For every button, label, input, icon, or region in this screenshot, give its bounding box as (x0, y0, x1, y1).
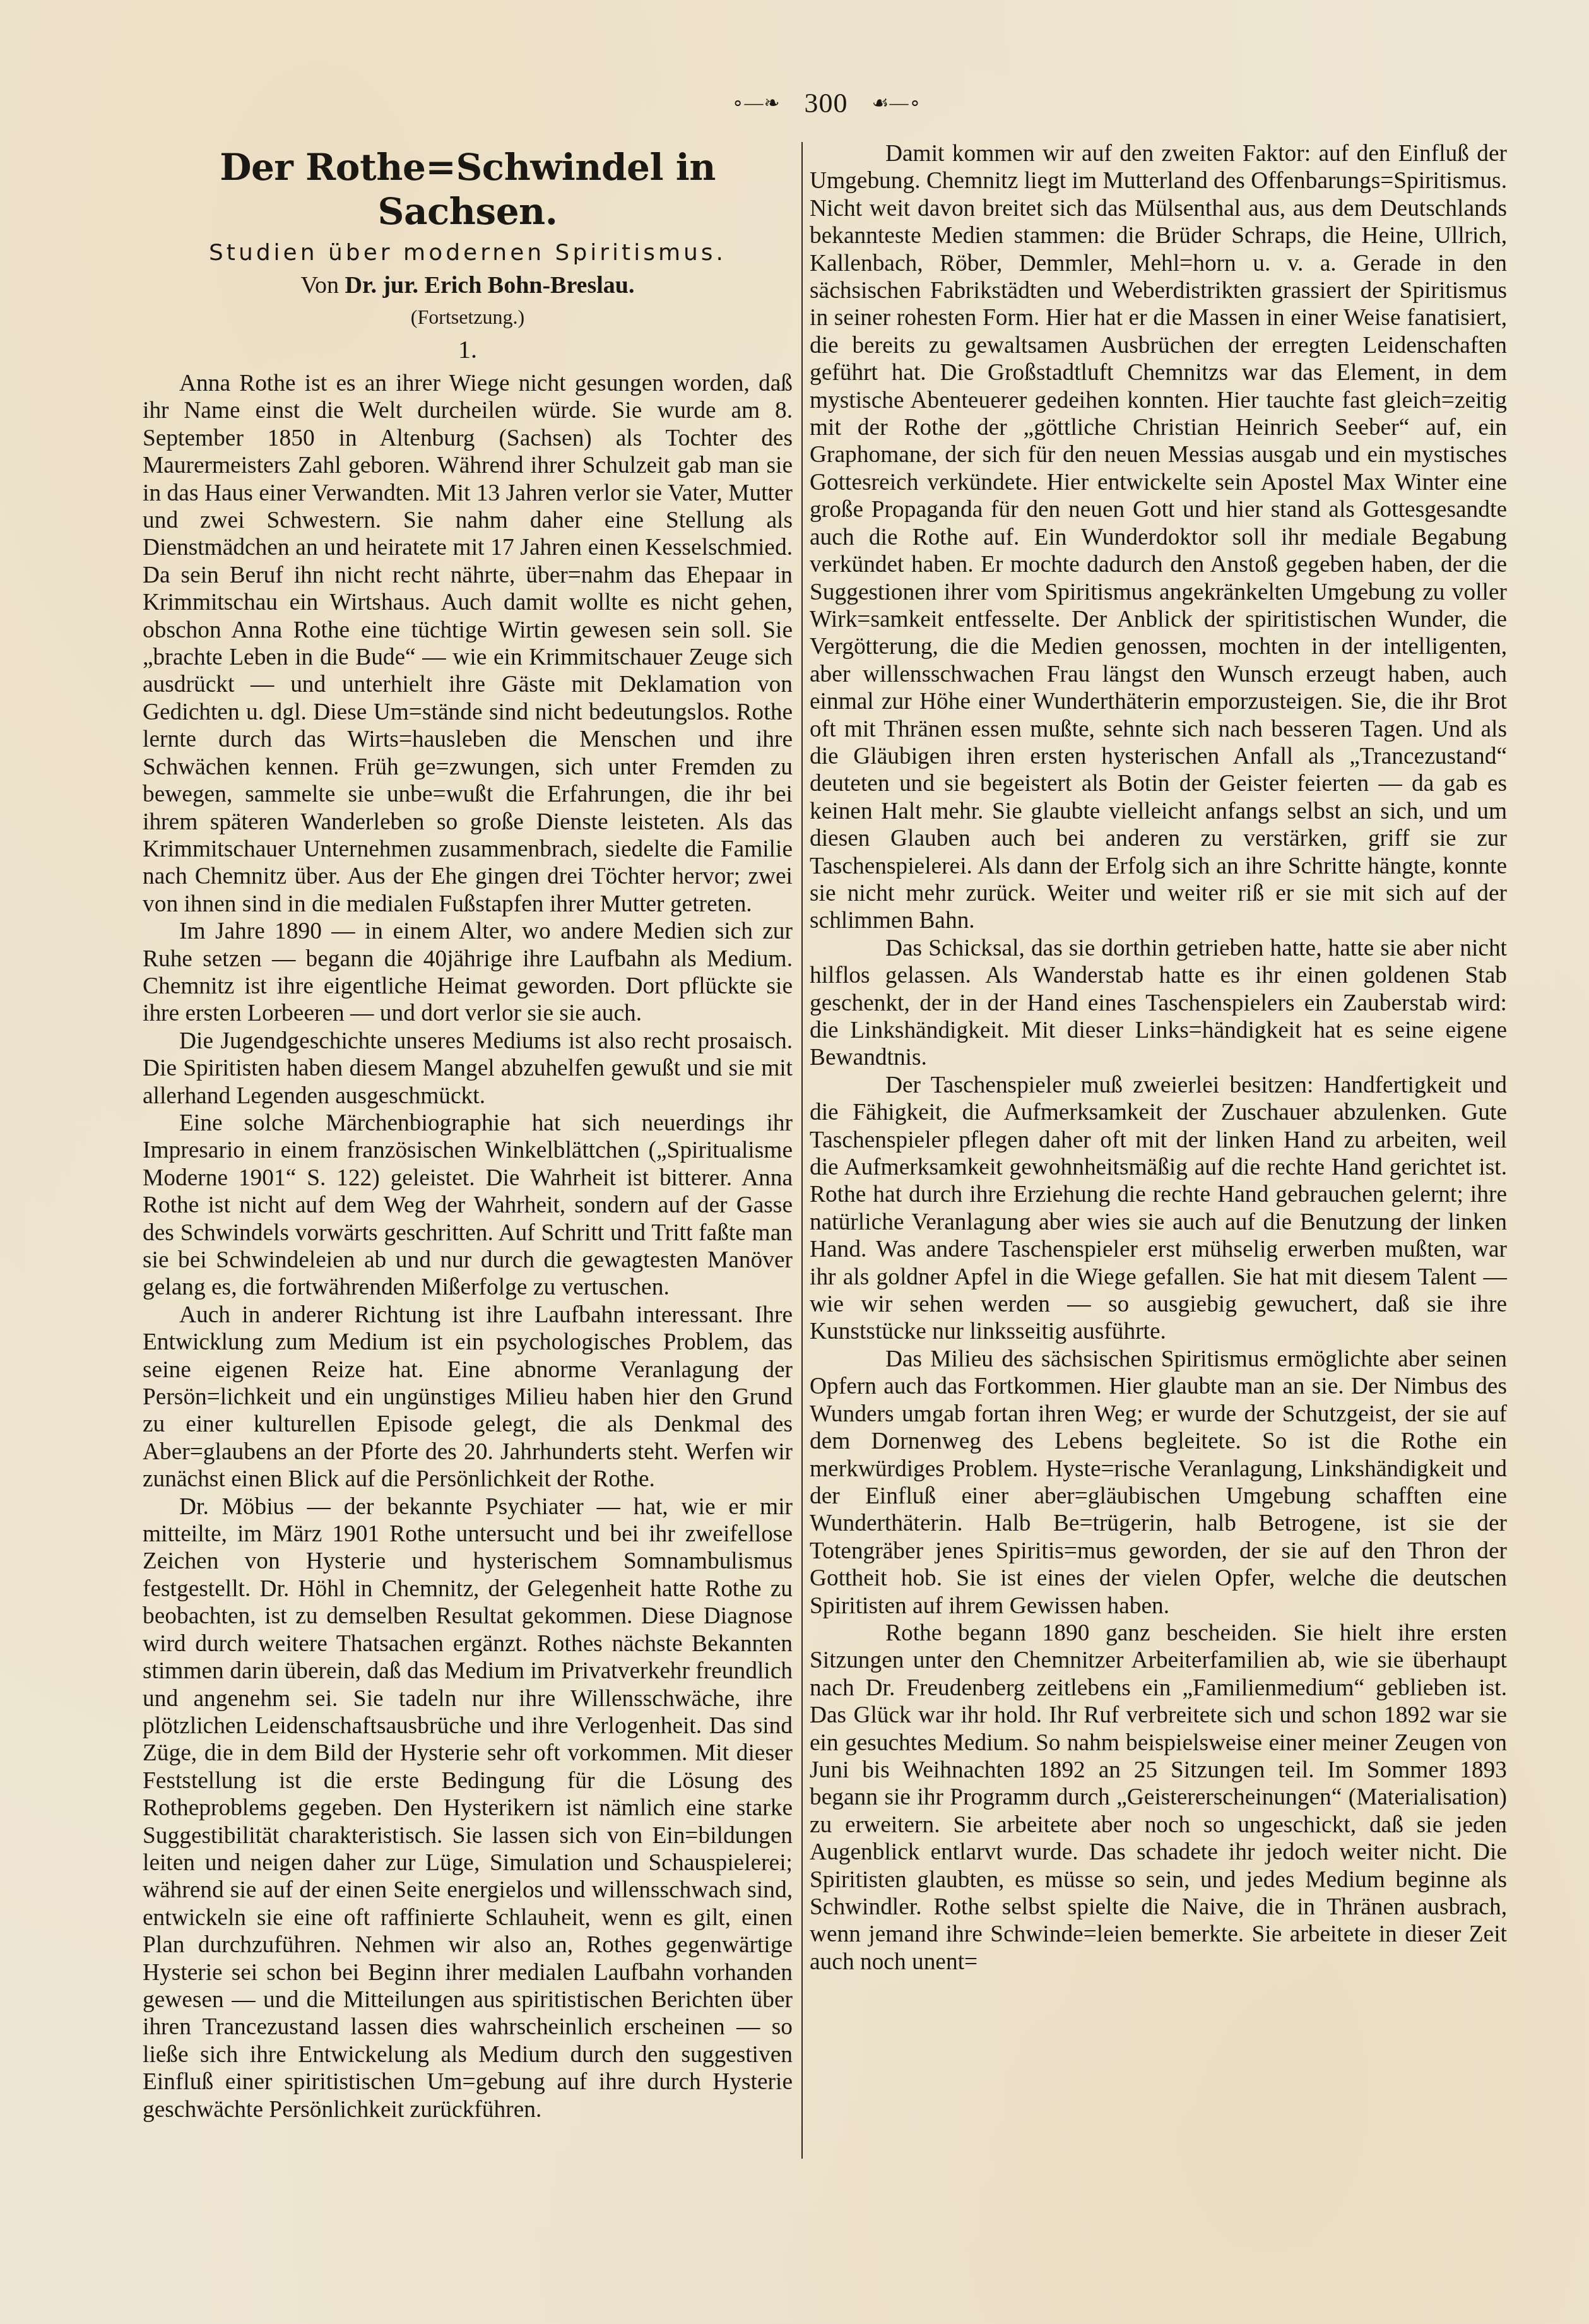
paragraph: Das Schicksal, das sie dorthin getrieben… (810, 935, 1507, 1072)
paragraph: Das Milieu des sächsischen Spiritismus e… (810, 1346, 1507, 1620)
article-title: Der Rothe=Schwindel in Sachsen. (143, 145, 793, 234)
byline: Von Dr. jur. Erich Bohn-Breslau. (143, 269, 793, 302)
paragraph: Rothe begann 1890 ganz bescheiden. Sie h… (810, 1620, 1507, 1976)
right-column: Damit kommen wir auf den zweiten Faktor:… (810, 140, 1507, 1976)
paragraph: Anna Rothe ist es an ihrer Wiege nicht g… (143, 370, 793, 918)
page-number: 300 (805, 87, 848, 119)
ornament-right-icon: ☙—∘ (872, 92, 922, 114)
paragraph: Im Jahre 1890 — in einem Alter, wo ander… (143, 918, 793, 1028)
paragraph: Der Taschenspieler muß zweierlei besitze… (810, 1072, 1507, 1346)
continuation-note: (Fortsetzung.) (143, 302, 793, 332)
left-column: Der Rothe=Schwindel in Sachsen. Studien … (143, 140, 793, 2123)
paragraph: Dr. Möbius — der bekannte Psychiater — h… (143, 1493, 793, 2123)
paragraph: Eine solche Märchenbiographie hat sich n… (143, 1110, 793, 1301)
byline-author: Dr. jur. Erich Bohn-Breslau. (345, 272, 635, 299)
byline-prefix: Von (301, 272, 340, 299)
paragraph: Auch in anderer Richtung ist ihre Laufba… (143, 1301, 793, 1493)
column-divider (801, 142, 803, 2159)
section-number: 1. (143, 332, 793, 367)
article-subtitle: Studien über modernen Spiritismus. (143, 237, 793, 269)
paragraph: Damit kommen wir auf den zweiten Faktor:… (810, 140, 1507, 935)
paragraph: Die Jugendgeschichte unseres Mediums ist… (143, 1028, 793, 1110)
page-header: ∘—❧ 300 ☙—∘ (700, 87, 953, 119)
ornament-left-icon: ∘—❧ (732, 92, 781, 114)
